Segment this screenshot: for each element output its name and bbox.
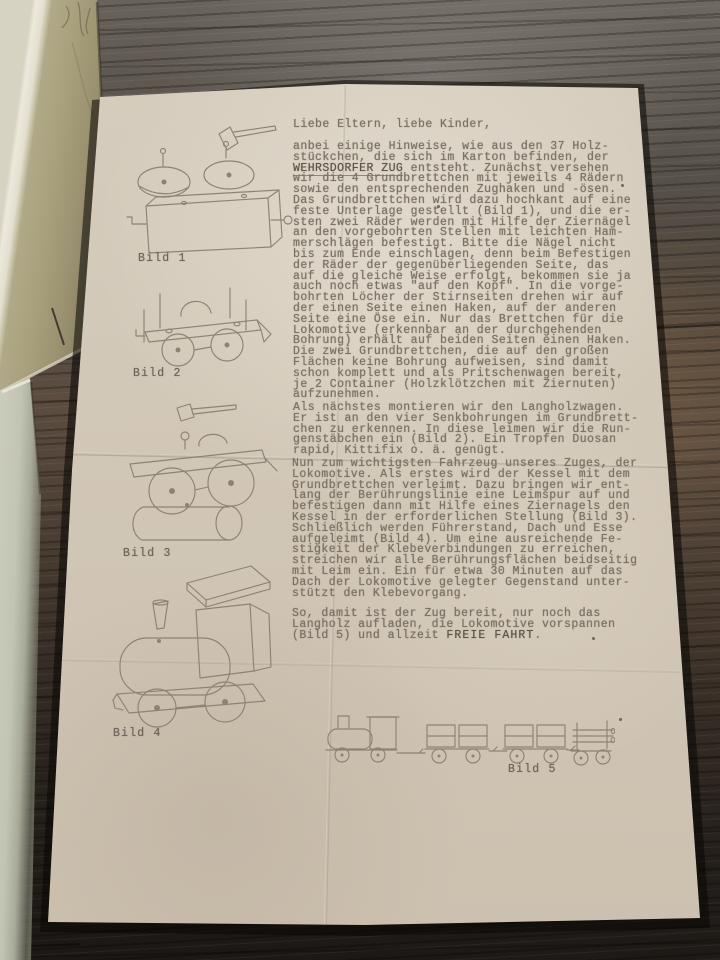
cab-drawing <box>196 604 271 678</box>
bild-1-sketch <box>122 120 294 258</box>
paragraph-4: So, damit ist der Zug bereit, nur noch d… <box>292 609 615 641</box>
bild-3-caption: Bild 3 <box>123 547 172 560</box>
paragraph-2: Als nächstes montieren wir den Langholzw… <box>293 403 639 457</box>
photo-scene: Liebe Eltern, liebe Kinder, anbei einige… <box>0 0 720 960</box>
bild-2-sketch <box>133 284 275 370</box>
highlight-freie-fahrt: FREIE FAHRT <box>446 629 534 642</box>
closing-period: . <box>534 629 541 642</box>
funnel-drawing <box>153 600 168 629</box>
wagon-deck-drawing <box>145 301 271 342</box>
container-wagon-drawing <box>503 725 567 763</box>
paragraph-3: Nun zum wichtigsten Fahrzeug unseres Zug… <box>292 459 638 599</box>
paragraph-1-part-a: anbei einige Hinweise, wie aus den 37 Ho… <box>293 142 609 164</box>
bild-1-caption: Bild 1 <box>138 252 187 265</box>
bild-2-caption: Bild 2 <box>133 367 182 380</box>
container-wagon-drawing <box>425 725 489 763</box>
stake-drawing <box>144 288 246 342</box>
bild-3-sketch <box>124 400 279 546</box>
hammer-drawing <box>177 404 236 421</box>
timber-wagon-drawing <box>571 721 615 765</box>
paragraph-1-part-b: wir die 4 Grundbrettchen mit jeweils 4 R… <box>293 174 631 401</box>
wheel-drawing <box>162 329 243 366</box>
locomotive-drawing <box>326 716 399 762</box>
paper-speck <box>592 637 595 640</box>
wheel-drawing <box>138 161 254 197</box>
bild-5-sketch <box>323 704 615 770</box>
paper-speck <box>619 718 622 721</box>
paper-speck <box>621 184 624 187</box>
bild-4-sketch <box>112 561 274 729</box>
hook-drawing <box>127 217 146 224</box>
chassis-drawing <box>130 450 277 477</box>
bild-5-caption: Bild 5 <box>508 763 557 776</box>
nail-drawing <box>181 432 227 449</box>
greeting-line: Liebe Eltern, liebe Kinder, <box>293 120 491 131</box>
instruction-sheet: Liebe Eltern, liebe Kinder, anbei einige… <box>0 0 720 960</box>
pencil-mark <box>62 2 94 118</box>
box-dark-notch <box>52 308 64 345</box>
wheel-drawing <box>149 460 254 514</box>
paper-speck <box>437 205 440 208</box>
bild-4-caption: Bild 4 <box>113 727 162 740</box>
running-board-drawing <box>113 684 265 713</box>
base-board-drawing <box>146 190 282 253</box>
roof-drawing <box>187 566 270 607</box>
